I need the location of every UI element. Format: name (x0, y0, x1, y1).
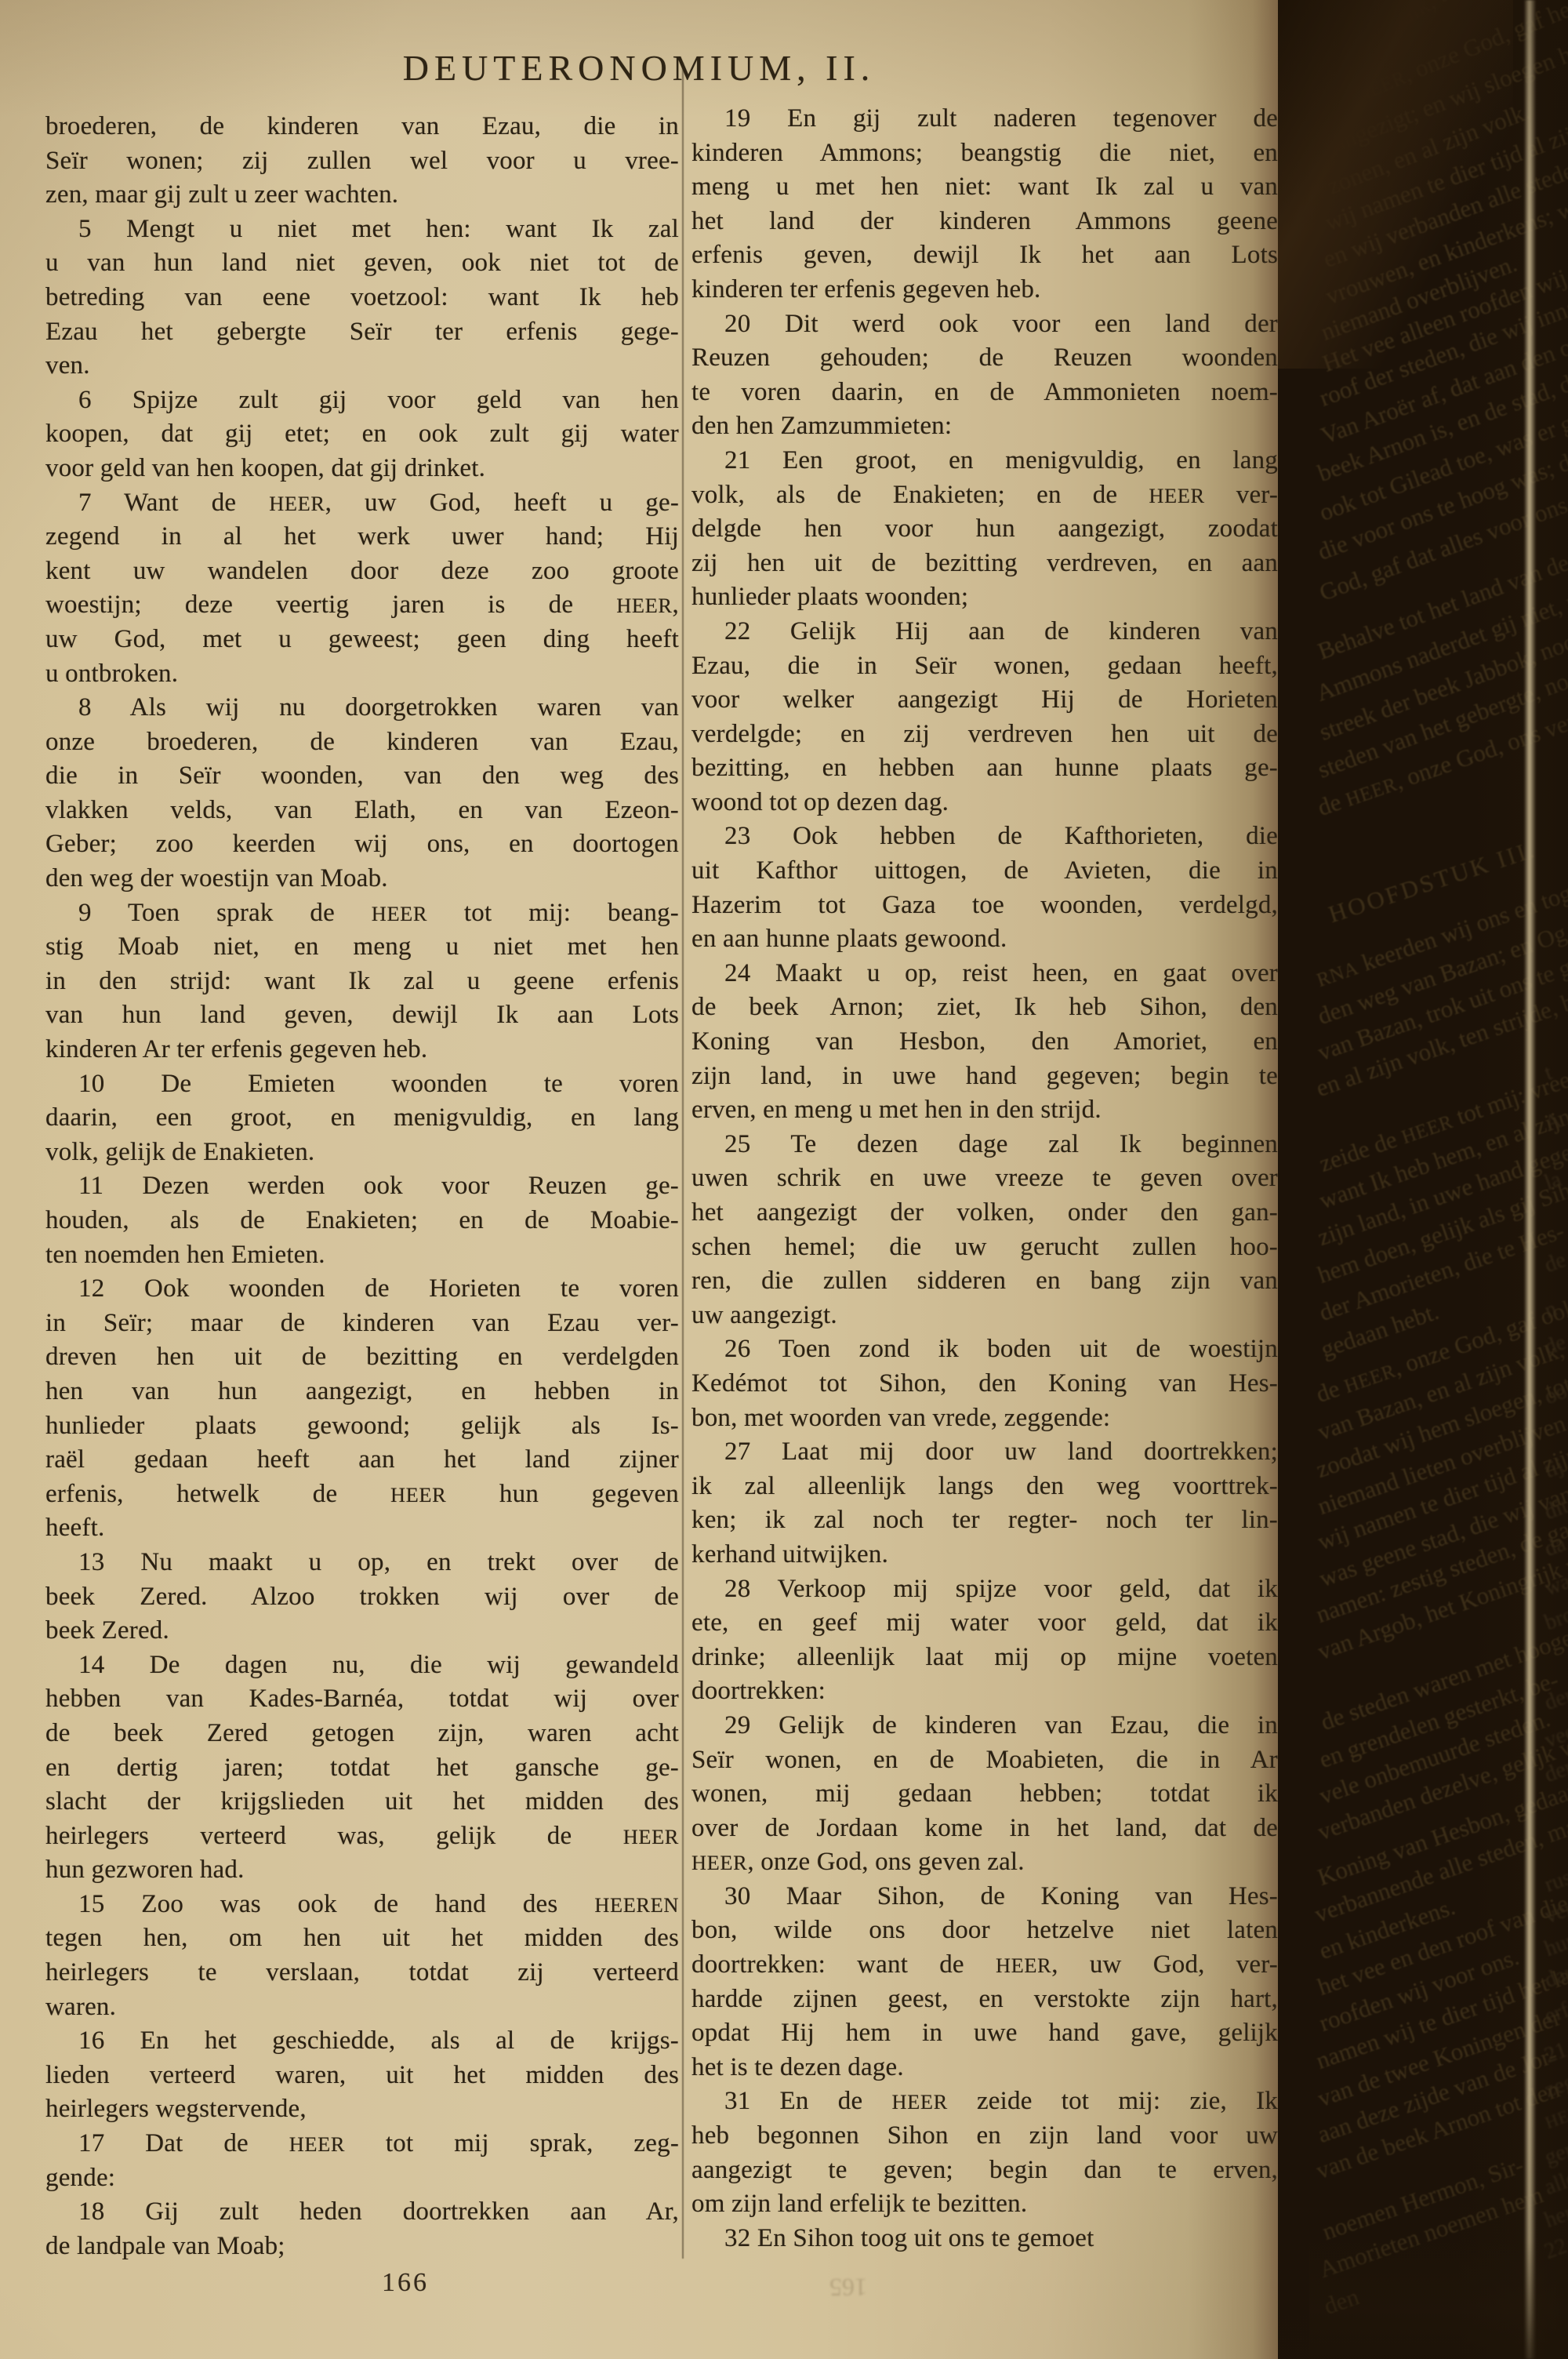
edge-text-fragment: rust (1541, 1863, 1568, 1898)
curled-page: al zijn volk, ten strij-de HEER, onze Go… (1278, 0, 1568, 2359)
text-line: 17 Dat de HEER tot mij sprak, zeg- (45, 2127, 679, 2161)
text-line: het land der kinderen Ammons geene (691, 205, 1278, 239)
text-line: kent uw wandelen door deze zoo groote (45, 554, 679, 589)
text-line: raël gedaan heeft aan het land zijner (45, 1443, 679, 1478)
text-line: stig Moab niet, en meng u niet met hen (45, 930, 679, 965)
text-line: wonen, mij gedaan hebben; totdat ik (691, 1777, 1278, 1812)
text-line: ken; ik zal noch ter regter- noch ter li… (691, 1503, 1278, 1538)
text-line: 21 Een groot, en menigvuldig, en lang (691, 444, 1278, 478)
page-number: 166 (45, 2268, 679, 2298)
curl-text-fragment: den (1320, 2282, 1363, 2321)
text-line: 6 Spijze zult gij voor geld van hen (45, 383, 679, 418)
text-line: slacht der krijgslieden uit het midden d… (45, 1785, 679, 1819)
text-line: heb begonnen Sihon en zijn land voor uw (691, 2119, 1278, 2154)
text-line: bon, met woorden van vrede, zeggende: (691, 1401, 1278, 1436)
text-line: 27 Laat mij door uw land doortrekken; (691, 1435, 1278, 1470)
text-line: Hazerim tot Gaza toe woonden, verdelgd, (691, 889, 1278, 923)
text-line: uwen schrik en uwe vreeze te geven over (691, 1161, 1278, 1196)
text-line: delgde hen voor hun aangezigt, zoodat (691, 512, 1278, 547)
text-line: kinderen Ar ter erfenis gegeven heb. (45, 1033, 679, 1067)
text-line: erfenis, hetwelk de HEER hun gegeven (45, 1478, 679, 1512)
text-line: heeft. (45, 1511, 679, 1546)
text-line: hun gezworen had. (45, 1853, 679, 1888)
text-line: 25 Te dezen dage zal Ik beginnen (691, 1128, 1278, 1162)
book-page: DEUTERONOMIUM, II. broederen, de kindere… (0, 0, 1278, 2359)
text-line: ete, en geef mij water voor geld, dat ik (691, 1606, 1278, 1641)
text-column-right: 19 En gij zult naderen tegenover dekinde… (691, 102, 1278, 2255)
text-line: woond tot op dezen dag. (691, 786, 1278, 820)
text-line: 15 Zoo was ook de hand des HEEREN (45, 1888, 679, 1922)
text-line: kerhand uitwijken. (691, 1538, 1278, 1572)
text-line: zijn land, in uwe hand gegeven; begin te (691, 1060, 1278, 1094)
text-line: Seïr wonen, en de Moabieten, die in Ar (691, 1743, 1278, 1778)
text-line: volk, als de Enakieten; en de HEER ver- (691, 478, 1278, 513)
text-line: die in Seïr woonden, van den weg des (45, 759, 679, 794)
text-line: zen, maar gij zult u zeer wachten. (45, 178, 679, 213)
text-line: 24 Maakt u op, reist heen, en gaat over (691, 957, 1278, 991)
text-line: hardde zijnen geest, en verstokte zijn h… (691, 1983, 1278, 2017)
text-line: 26 Toen zond ik boden uit de woestijn (691, 1332, 1278, 1367)
text-line: Kedémot tot Sihon, den Koning van Hes- (691, 1367, 1278, 1401)
text-line: 22 Gelijk Hij aan de kinderen van (691, 615, 1278, 649)
text-line: Koning van Hesbon, den Amoriet, en (691, 1025, 1278, 1060)
column-divider-rule (682, 63, 684, 2259)
text-line: 31 En de HEER zeide tot mij: zie, Ik (691, 2085, 1278, 2119)
text-line: Ezau, die in Seïr wonen, gedaan heeft, (691, 649, 1278, 684)
text-line: en aan hunne plaats gewoond. (691, 922, 1278, 957)
text-line: 11 Dezen werden ook voor Reuzen ge- (45, 1169, 679, 1204)
text-line: dreven hen uit de bezitting en verdelgde… (45, 1340, 679, 1375)
text-line: het is te dezen dage. (691, 2051, 1278, 2085)
text-line: bon, wilde ons door hetzelve niet laten (691, 1914, 1278, 1948)
text-line: kinderen ter erfenis gegeven heb. (691, 273, 1278, 307)
text-line: Seïr wonen; zij zullen wel voor u vree- (45, 144, 679, 179)
text-line: het aangezigt der volken, onder den gan- (691, 1196, 1278, 1230)
text-line: tegen hen, om hen uit het midden des (45, 1921, 679, 1956)
text-line: 16 En het geschiedde, als al de krijgs- (45, 2024, 679, 2059)
text-line: lieden verteerd waren, uit het midden de… (45, 2059, 679, 2093)
curled-page-fragments: al zijn volk, ten strij-de HEER, onze Go… (1278, 0, 1568, 2359)
text-line: zegend in al het werk uwer hand; Hij (45, 520, 679, 554)
text-line: uw aangezigt. (691, 1299, 1278, 1333)
text-line: in Seïr; maar de kinderen van Ezau ver- (45, 1307, 679, 1341)
text-line: 32 En Sihon toog uit ons te gemoet (691, 2222, 1278, 2256)
text-line: Reuzen gehouden; de Reuzen woonden (691, 341, 1278, 376)
text-line: verdelgde; en zij verdreven hen uit de (691, 718, 1278, 752)
text-line: den weg der woestijn van Moab. (45, 862, 679, 896)
text-line: zij hen uit de bezitting verdreven, en a… (691, 547, 1278, 581)
text-line: u van hun land niet geven, ook niet tot … (45, 246, 679, 281)
text-line: 20 Dit werd ook voor een land der (691, 307, 1278, 342)
text-line: waren. (45, 1990, 679, 2025)
text-line: onze broederen, de kinderen van Ezau, (45, 725, 679, 760)
edge-text-fragment: alle (1541, 2166, 1568, 2201)
text-line: ik zal alleenlijk langs den weg voorttre… (691, 1470, 1278, 1504)
text-line: heirlegers te verslaan, totdat zij verte… (45, 1956, 679, 1990)
text-line: om zijn land erfelijk te bezitten. (691, 2187, 1278, 2222)
text-line: 23 Ook hebben de Kafthorieten, die (691, 820, 1278, 854)
text-line: beek Zered. (45, 1614, 679, 1648)
text-line: houden, als de Enakieten; en de Moabie- (45, 1204, 679, 1238)
edge-text-fragment: 22 (1541, 2234, 1568, 2265)
text-line: Geber; zoo keerden wij ons, en doortogen (45, 827, 679, 862)
text-line: betreding van eene voetzool: want Ik heb (45, 281, 679, 315)
text-line: erfenis geven, dewijl Ik het aan Lots (691, 238, 1278, 273)
text-line: koopen, dat gij etet; en ook zult gij wa… (45, 417, 679, 452)
text-line: voor geld van hen koopen, dat gij drinke… (45, 452, 679, 486)
text-line: 19 En gij zult naderen tegenover de (691, 102, 1278, 136)
text-line: gende: (45, 2161, 679, 2196)
text-line: doortrekken: (691, 1674, 1278, 1709)
text-line: aangezigt te geven; begin dan te erven, (691, 2154, 1278, 2188)
text-line: de beek Zered getogen zijn, waren acht (45, 1717, 679, 1751)
page-header-title: DEUTERONOMIUM, II. (0, 47, 1278, 94)
text-line: uw God, met u geweest; geen ding heeft (45, 623, 679, 657)
text-line: hunlieder plaats gewoond; gelijk als Is- (45, 1409, 679, 1444)
text-line: 9 Toen sprak de HEER tot mij: beang- (45, 896, 679, 931)
text-line: van hun land geven, dewijl Ik aan Lots (45, 998, 679, 1033)
text-column-left: broederen, de kinderen van Ezau, die inS… (45, 110, 679, 2263)
text-line: ren, die zullen sidderen en bang zijn va… (691, 1264, 1278, 1299)
page-showthrough-number: 165 (829, 2273, 867, 2302)
text-line: uit Kafthor uittogen, de Avieten, die in (691, 854, 1278, 889)
text-line: schen hemel; die uw gerucht zullen hoo- (691, 1230, 1278, 1265)
text-line: voor welker aangezigt Hij de Horieten (691, 683, 1278, 718)
text-line: Ezau het gebergte Seïr ter erfenis gege- (45, 315, 679, 350)
text-line: en dertig jaren; totdat het gansche ge- (45, 1751, 679, 1786)
text-line: woestijn; deze veertig jaren is de HEER, (45, 588, 679, 623)
text-line: meng u met hen niet: want Ik zal u van (691, 170, 1278, 205)
edge-text-fragment: gen (1541, 2136, 1568, 2171)
text-line: over de Jordaan kome in het land, dat de (691, 1812, 1278, 1846)
text-line: vlakken velds, van Elath, en van Ezeon- (45, 794, 679, 828)
text-line: opdat Hij hem in uwe hand gave, gelijk (691, 2016, 1278, 2051)
text-line: drinke; alleenlijk laat mij op mijne voe… (691, 1641, 1278, 1675)
text-line: te voren daarin, en de Ammonieten noem- (691, 376, 1278, 410)
text-line: hebben van Kades-Barnéa, totdat wij over (45, 1682, 679, 1717)
text-line: volk, gelijk de Enakieten. (45, 1136, 679, 1170)
text-line: daarin, een groot, en menigvuldig, en la… (45, 1101, 679, 1136)
text-line: 8 Als wij nu doorgetrokken waren van (45, 691, 679, 725)
text-line: 10 De Emieten woonden te voren (45, 1067, 679, 1102)
text-line: 14 De dagen nu, die wij gewandeld (45, 1648, 679, 1683)
text-line: hunlieder plaats woonden; (691, 580, 1278, 615)
text-line: 12 Ook woonden de Horieten te voren (45, 1272, 679, 1307)
text-line: u ontbroken. (45, 657, 679, 692)
text-line: doortrekken: want de HEER, uw God, ver- (691, 1948, 1278, 1983)
text-line: den hen Zamzummieten: (691, 409, 1278, 444)
text-line: 28 Verkoop mij spijze voor geld, dat ik (691, 1572, 1278, 1607)
text-line: de beek Arnon; ziet, Ik heb Sihon, den (691, 990, 1278, 1025)
text-line: 18 Gij zult heden doortrekken aan Ar, (45, 2195, 679, 2230)
text-line: ven. (45, 349, 679, 383)
text-line: de landpale van Moab; (45, 2230, 679, 2264)
text-line: broederen, de kinderen van Ezau, die in (45, 110, 679, 144)
text-line: erven, en meng u met hen in den strijd. (691, 1093, 1278, 1128)
text-line: ten noemden hen Emieten. (45, 1238, 679, 1273)
text-line: in den strijd: want Ik zal u geene erfen… (45, 965, 679, 999)
text-line: heirlegers verteerd was, gelijk de HEER (45, 1819, 679, 1854)
text-line: beek Zered. Alzoo trokken wij over de (45, 1580, 679, 1615)
text-line: 5 Mengt u niet met hen: want Ik zal (45, 213, 679, 247)
text-line: 13 Nu maakt u op, en trekt over de (45, 1546, 679, 1580)
text-line: 7 Want de HEER, uw God, heeft u ge- (45, 486, 679, 521)
text-line: heirlegers wegstervende, (45, 2092, 679, 2127)
edge-text-fragment: de (1541, 1248, 1568, 1278)
text-line: HEER, onze God, ons geven zal. (691, 1845, 1278, 1880)
edge-text-fragment: hun (1541, 1928, 1568, 1962)
text-line: 30 Maar Sihon, de Koning van Hes- (691, 1880, 1278, 1914)
text-line: 29 Gelijk de kinderen van Ezau, die in (691, 1709, 1278, 1743)
text-line: kinderen Ammons; beangstig die niet, en (691, 136, 1278, 171)
text-line: hen van hun aangezigt, en hebben in (45, 1375, 679, 1409)
book-photo: DEUTERONOMIUM, II. broederen, de kindere… (0, 0, 1568, 2359)
text-line: bezitting, en hebben aan hunne plaats ge… (691, 751, 1278, 786)
